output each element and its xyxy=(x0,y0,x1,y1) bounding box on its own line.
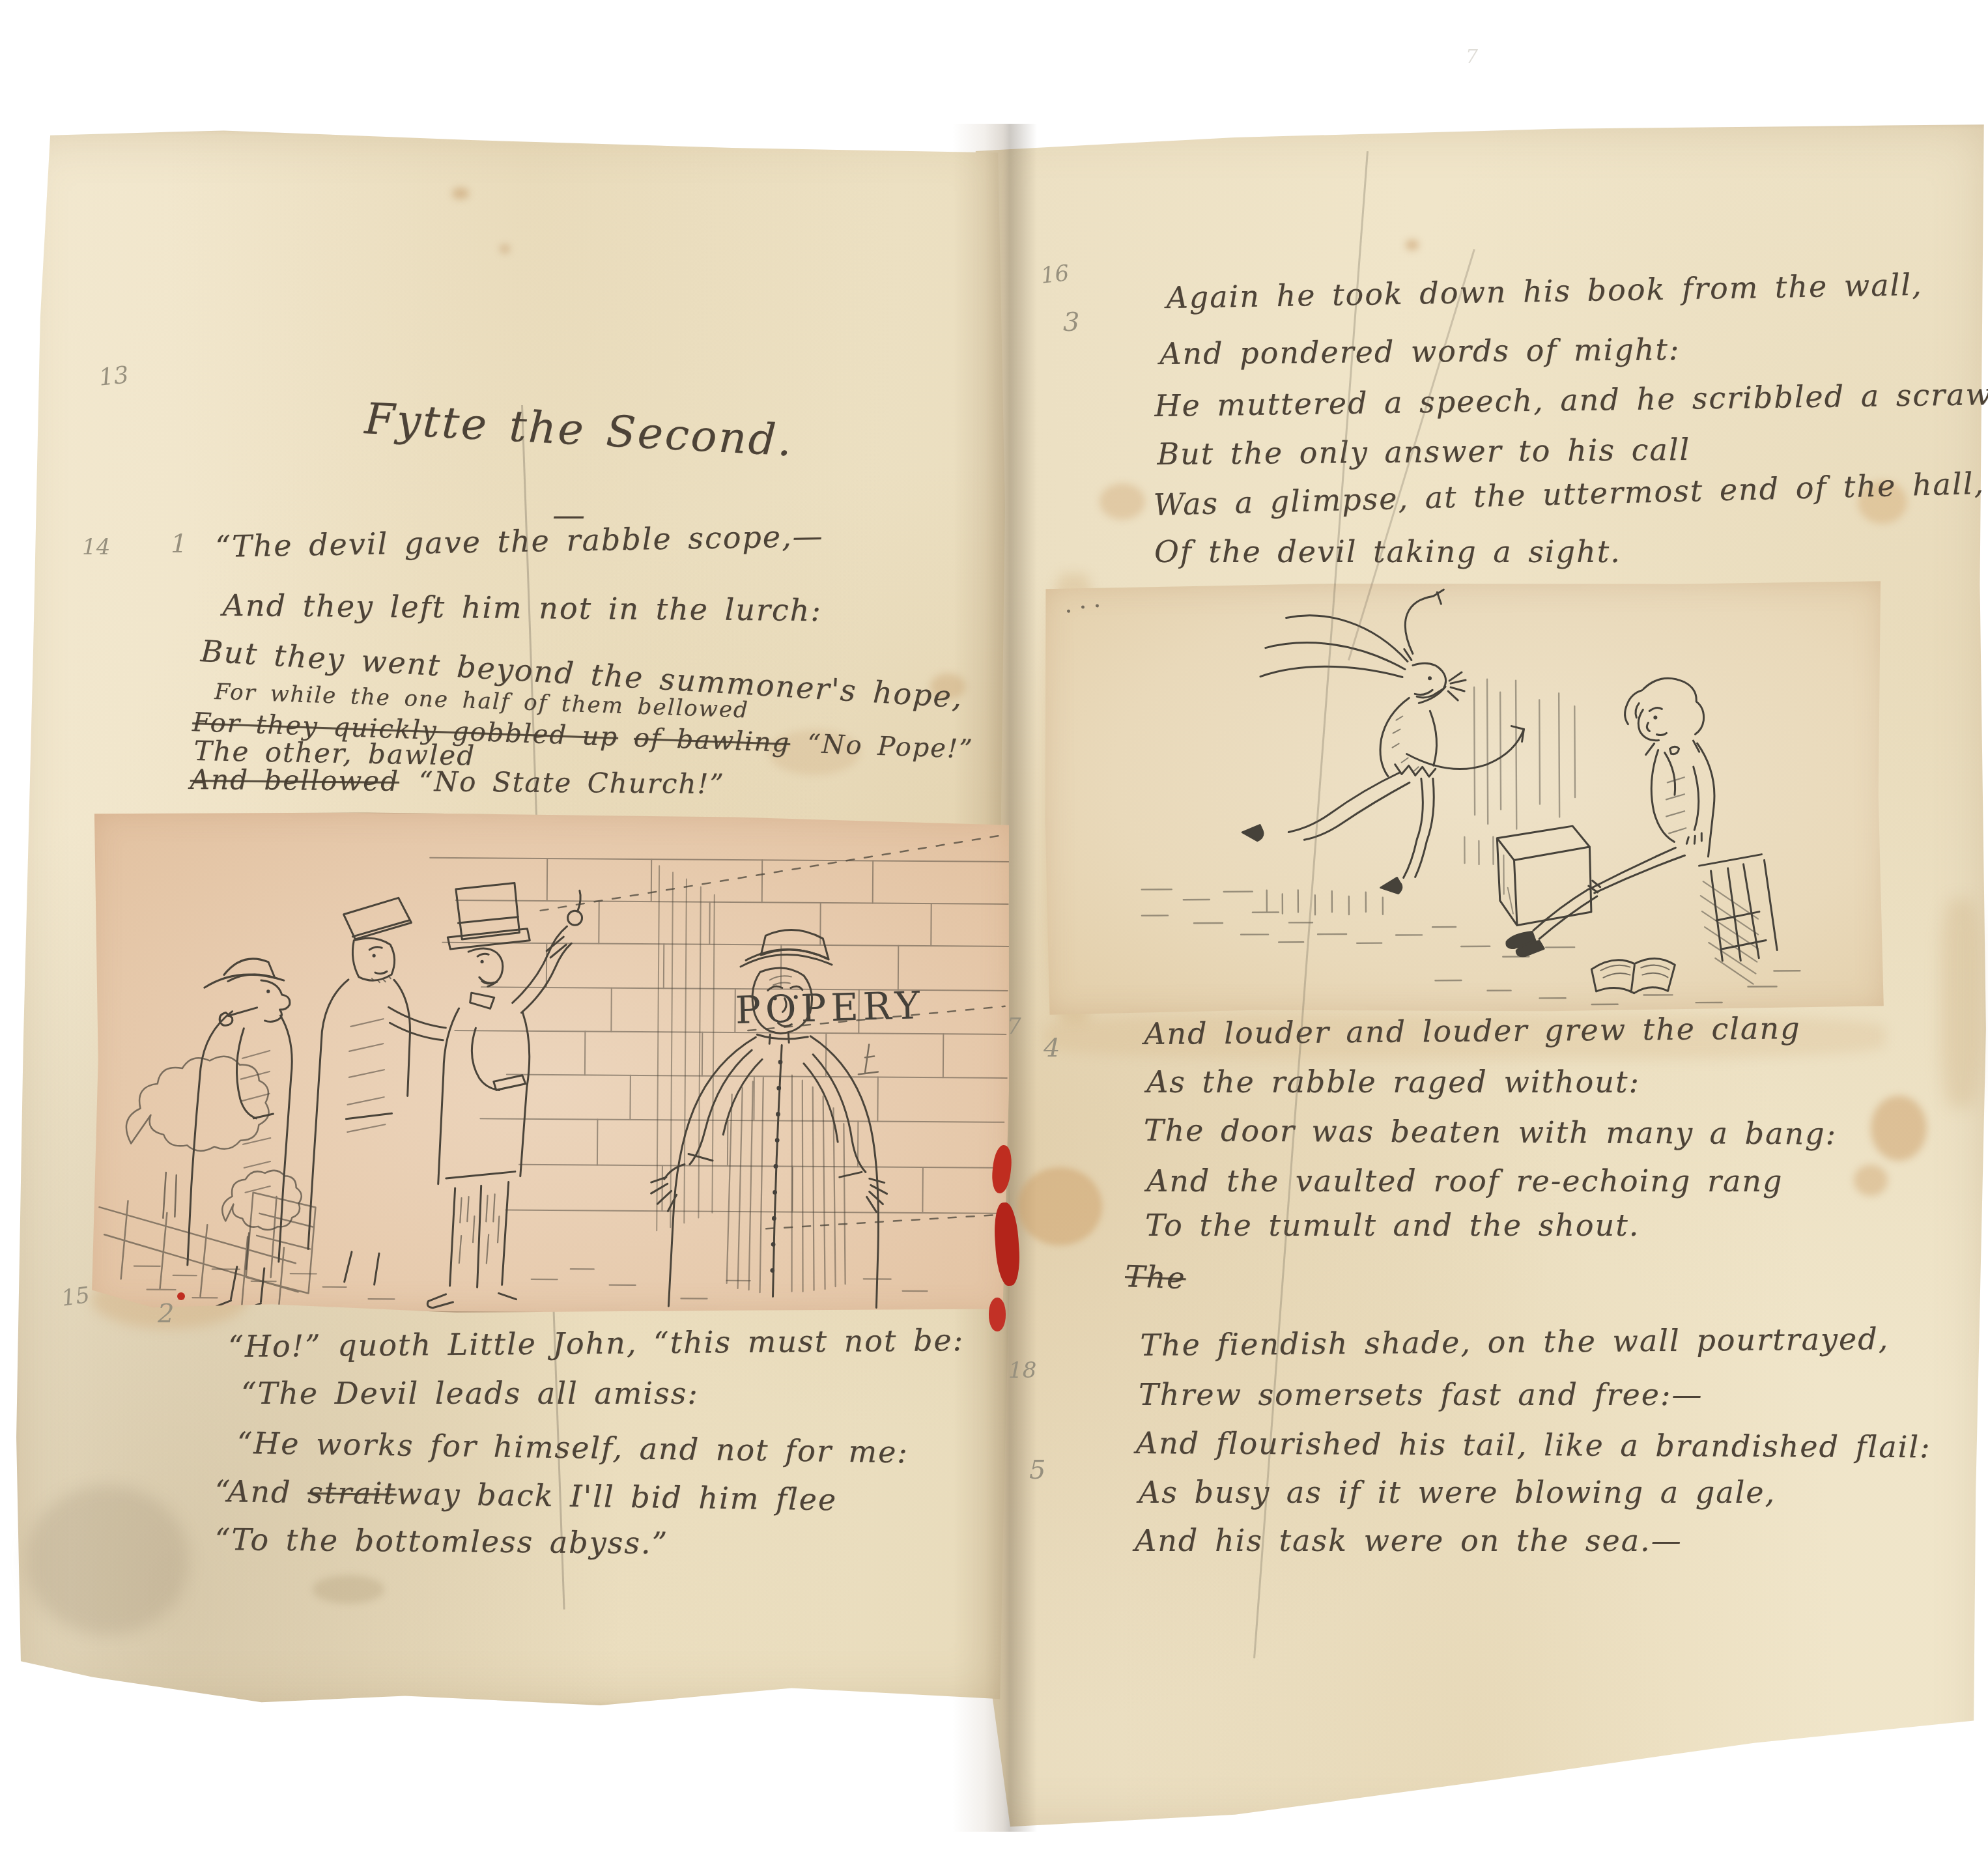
foxing-stain xyxy=(1100,483,1145,520)
pencil-ref-17: 7 xyxy=(1007,1014,1021,1040)
pencil-folio-13: 13 xyxy=(98,362,130,391)
fallen-book xyxy=(1591,958,1675,993)
pencil-stanza-5: 5 xyxy=(1029,1455,1045,1485)
wax-speck xyxy=(177,1292,185,1300)
pencil-ref-18: 18 xyxy=(1008,1357,1036,1384)
right-engraving xyxy=(1042,580,1886,1017)
seated-man-figure xyxy=(1505,678,1715,956)
left-engraving: POPERY xyxy=(88,810,1012,1316)
chair xyxy=(1699,854,1777,984)
stanza2-line1: “Ho!” quoth Little John, “this must not … xyxy=(228,1322,964,1364)
manuscript-scan: 13 14 1 15 2 Fytte the Second. — “The de… xyxy=(0,0,1988,1876)
stanza2-line5: “To the bottomless abyss.” xyxy=(215,1522,669,1561)
stanza2-line4-struck: strait xyxy=(307,1475,397,1511)
fence xyxy=(98,1191,315,1313)
pencil-ref-14: 14 xyxy=(82,534,110,560)
stanza1-line2: And they left him not in the lurch: xyxy=(223,588,822,628)
popery-scene-illustration: POPERY xyxy=(88,810,1012,1316)
stanza5-line5: And his task were on the sea.— xyxy=(1135,1523,1683,1558)
stanza1-line7: And bellowed“No State Church!” xyxy=(190,763,725,800)
stanza1-line7-struck: And bellowed xyxy=(190,763,400,797)
stanza4-line3: The door was beaten with many a bang: xyxy=(1144,1113,1838,1152)
trees xyxy=(125,1056,302,1270)
square-cap-man-figure xyxy=(308,897,447,1285)
floor-hatching xyxy=(1142,886,1800,1006)
shouting-man-figure xyxy=(427,883,582,1309)
brick-wall xyxy=(427,858,1010,1214)
foxing-stain xyxy=(1871,1096,1927,1161)
stanza1-line5-kept: “No Pope!” xyxy=(806,729,974,765)
foxing-stain xyxy=(500,245,509,253)
foxing-stain xyxy=(1406,240,1419,250)
stanza2-line2: “The Devil leads all amiss: xyxy=(241,1376,699,1411)
stanza3-line4: But the only answer to his call xyxy=(1157,432,1690,472)
pencil-ref-15: 15 xyxy=(60,1282,91,1312)
stanza4-line4: And the vaulted roof re-echoing rang xyxy=(1146,1163,1783,1199)
stanza4-line2: As the rabble raged without: xyxy=(1146,1064,1640,1100)
foxing-stain xyxy=(452,188,469,199)
stanza3-line6: Of the devil taking a sight. xyxy=(1154,534,1621,569)
pencil-folio-16: 16 xyxy=(1040,260,1070,289)
smudge-stain xyxy=(26,1485,189,1635)
stanza1-line5-struck-b: of bawling xyxy=(633,723,791,758)
wall-hatching xyxy=(1464,679,1575,864)
foxing-stain xyxy=(1854,1165,1888,1196)
stanza2-line4-a: “And xyxy=(214,1473,307,1510)
stanza4-false-start: The xyxy=(1124,1258,1186,1296)
wax-seal xyxy=(989,1298,1006,1331)
toning-stain xyxy=(1941,899,1980,1107)
stanza4-false-start-struck: The xyxy=(1124,1258,1186,1296)
stanza4-line5: To the tumult and the shout. xyxy=(1145,1208,1640,1243)
popery-sign-text: POPERY xyxy=(735,983,925,1032)
stanza1-line7-kept: “No State Church!” xyxy=(419,765,725,800)
adhesive-stain xyxy=(1017,1167,1102,1245)
pencil-stanza-3: 3 xyxy=(1063,307,1079,337)
stanza5-line2: Threw somersets fast and free:— xyxy=(1139,1377,1703,1412)
pencil-stanza-2: 2 xyxy=(158,1299,174,1329)
leap-shadow-hatching xyxy=(1241,889,1456,944)
devil-scene-illustration xyxy=(1042,580,1886,1017)
pencil-stanza-1: 1 xyxy=(171,529,187,559)
sign-mark xyxy=(859,1044,878,1074)
stanza5-line3: And flourished his tail, like a brandish… xyxy=(1136,1425,1931,1464)
pipe-man-figure xyxy=(187,958,292,1309)
ground-hatching xyxy=(134,1266,927,1303)
pencil-faint-top-mark: 7 xyxy=(1466,46,1478,68)
stanza2-line4-b: way back I'll bid him flee xyxy=(396,1476,837,1517)
devil-figure xyxy=(1241,590,1524,894)
smudge-stain xyxy=(313,1575,384,1604)
speck-dots xyxy=(1067,604,1099,612)
stanza5-line1: The fiendish shade, on the wall pourtray… xyxy=(1140,1321,1889,1363)
stanza3-line2: And pondered words of might: xyxy=(1159,332,1681,371)
stanza4-line1: And louder and louder grew the clang xyxy=(1144,1010,1801,1051)
pencil-stanza-4: 4 xyxy=(1044,1033,1060,1063)
stanza5-line4: As busy as if it were blowing a gale, xyxy=(1139,1475,1776,1510)
